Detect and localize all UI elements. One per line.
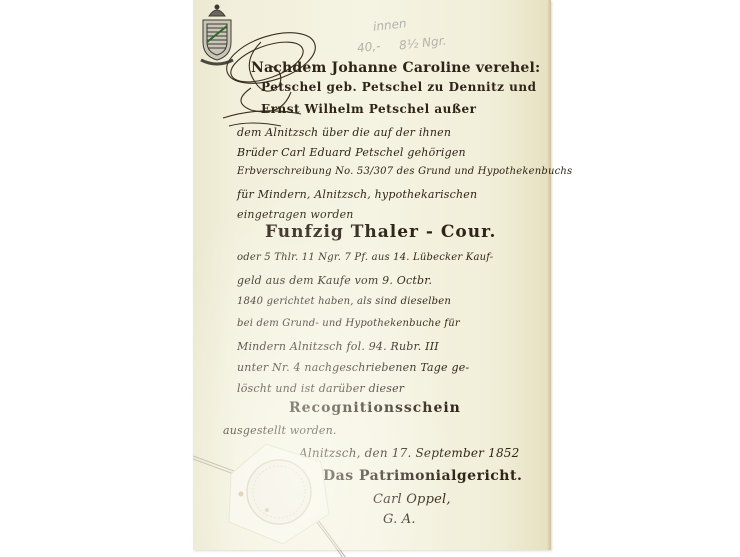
- paper-seal: [221, 444, 331, 544]
- text-line: für Mindern, Alnitzsch, hypothekarischen: [237, 188, 477, 201]
- document-title: Recognitionsschein: [289, 400, 461, 416]
- text-line: Brüder Carl Eduard Petschel gehörigen: [237, 146, 466, 159]
- text-line: löscht und ist darüber dieser: [237, 382, 404, 395]
- text-line: Ernst Wilhelm Petschel außer: [261, 102, 476, 116]
- text-line: 1840 gerichtet haben, als sind dieselben: [237, 296, 451, 307]
- text-line: geld aus dem Kaufe vom 9. Octbr.: [237, 274, 432, 287]
- text-line: oder 5 Thlr. 11 Ngr. 7 Pf. aus 14. Lübec…: [237, 252, 493, 263]
- amount-heading: Funfzig Thaler - Cour.: [265, 222, 496, 242]
- text-line: ausgestellt worden.: [223, 424, 337, 437]
- text-line: Nachdem Johanne Caroline verehel:: [251, 60, 540, 76]
- text-line: Petschel geb. Petschel zu Dennitz und: [261, 80, 537, 94]
- text-line: dem Alnitzsch über die auf der ihnen: [237, 126, 451, 139]
- text-line: Mindern Alnitzsch fol. 94. Rubr. III: [237, 340, 439, 353]
- text-line: bei dem Grund- und Hypothekenbuche für: [237, 318, 460, 329]
- document-page: innen 40,- 8½ Ngr. Nachdem Johanne Carol…: [193, 0, 551, 550]
- text-line: eingetragen worden: [237, 208, 354, 221]
- text-line: unter Nr. 4 nachgeschriebenen Tage ge-: [237, 361, 469, 374]
- text-line: Erbverschreibung No. 53/307 des Grund un…: [237, 166, 572, 177]
